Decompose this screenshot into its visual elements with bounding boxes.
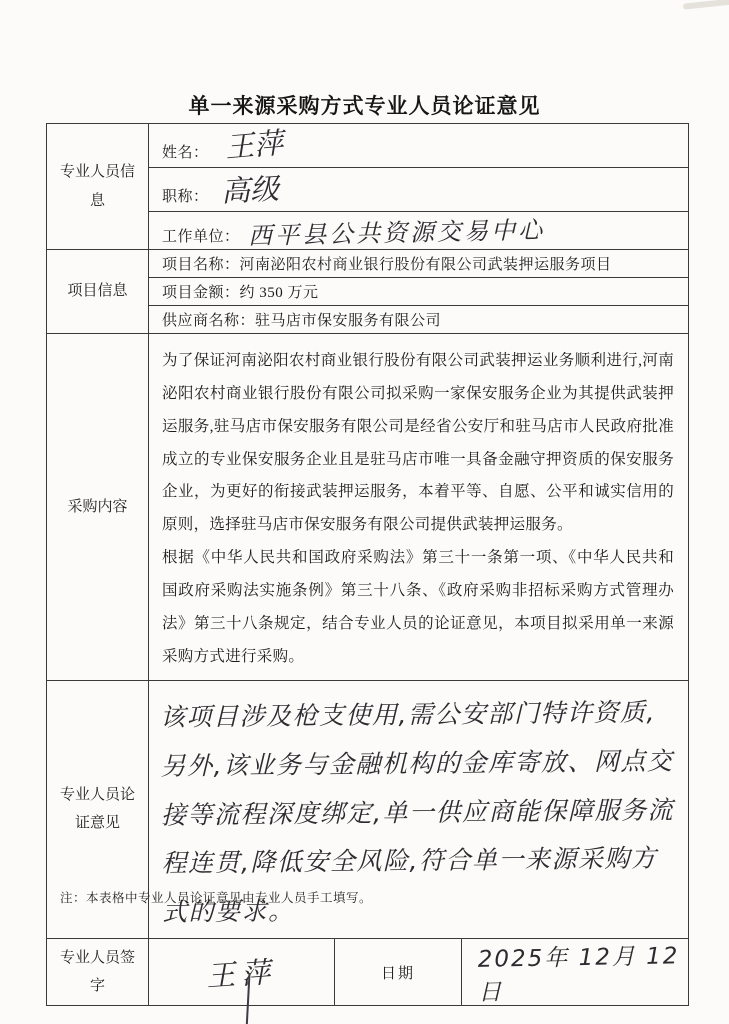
- supplier-name-value: 驻马店市保安服务有限公司: [255, 313, 441, 329]
- footer-note: 注：本表格中专业人员论证意见由专业人员手工填写。: [60, 888, 372, 906]
- procurement-content-cell: 为了保证河南泌阳农村商业银行股份有限公司武装押运业务顺利进行,河南泌阳农村商业银…: [149, 334, 689, 681]
- table-row: 专业人员信息 姓名：王萍: [47, 124, 689, 168]
- field-supplier-name: 供应商名称：驻马店市保安服务有限公司: [149, 306, 689, 334]
- scan-artifact-smudge: [683, 0, 729, 10]
- field-job-title: 职称：高级: [149, 168, 689, 212]
- field-label-job-title: 职称：: [162, 189, 209, 205]
- table-row: 采购内容 为了保证河南泌阳农村商业银行股份有限公司武装押运业务顺利进行,河南泌阳…: [47, 334, 689, 681]
- field-label-project-name: 项目名称：: [162, 257, 240, 273]
- procurement-paragraph-2: 根据《中华人民共和国政府采购法》第三十一条第一项、《中华人民共和国政府采购法实施…: [162, 542, 674, 673]
- page-title: 单一来源采购方式专业人员论证意见: [0, 90, 729, 120]
- field-project-name: 项目名称：河南泌阳农村商业银行股份有限公司武装押运服务项目: [149, 250, 689, 278]
- verification-form-table: 专业人员信息 姓名：王萍 职称：高级 工作单位：西平县公共资源交易中心 项目信息…: [46, 123, 689, 1006]
- field-name: 姓名：王萍: [149, 124, 689, 168]
- signature-cell: 王萍: [149, 939, 335, 1006]
- table-row: 项目信息 项目名称：河南泌阳农村商业银行股份有限公司武装押运服务项目: [47, 250, 689, 278]
- project-amount-value: 约 350 万元: [240, 285, 319, 301]
- field-label-supplier-name: 供应商名称：: [162, 313, 255, 329]
- handwritten-date-value: 2025年 12月 12日: [477, 938, 688, 1008]
- field-project-amount: 项目金额：约 350 万元: [149, 278, 689, 306]
- date-label: 日期: [335, 939, 462, 1006]
- section-label-personnel-info: 专业人员信息: [47, 124, 149, 250]
- field-label-work-unit: 工作单位：: [162, 229, 240, 245]
- date-cell: 2025年 12月 12日: [462, 939, 689, 1006]
- procurement-paragraph-1: 为了保证河南泌阳农村商业银行股份有限公司武装押运业务顺利进行,河南泌阳农村商业银…: [162, 345, 674, 542]
- field-work-unit: 工作单位：西平县公共资源交易中心: [149, 212, 689, 250]
- project-name-value: 河南泌阳农村商业银行股份有限公司武装押运服务项目: [240, 257, 612, 273]
- table-row: 专业人员签字 王萍 日期 2025年 12月 12日: [47, 939, 689, 1006]
- handwritten-job-title-value: 高级: [219, 168, 279, 211]
- field-label-name: 姓名：: [162, 145, 209, 161]
- section-label-project-info: 项目信息: [47, 250, 149, 334]
- handwritten-name-value: 王萍: [223, 124, 284, 167]
- section-label-signature: 专业人员签字: [47, 939, 149, 1006]
- scanned-document-page: 单一来源采购方式专业人员论证意见 专业人员信息 姓名：王萍 职称：高级 工作单位…: [0, 0, 729, 1024]
- section-label-procurement-content: 采购内容: [47, 334, 149, 681]
- handwritten-signature: 王萍: [205, 949, 278, 995]
- field-label-project-amount: 项目金额：: [162, 285, 240, 301]
- handwritten-work-unit-value: 西平县公共资源交易中心: [247, 212, 545, 250]
